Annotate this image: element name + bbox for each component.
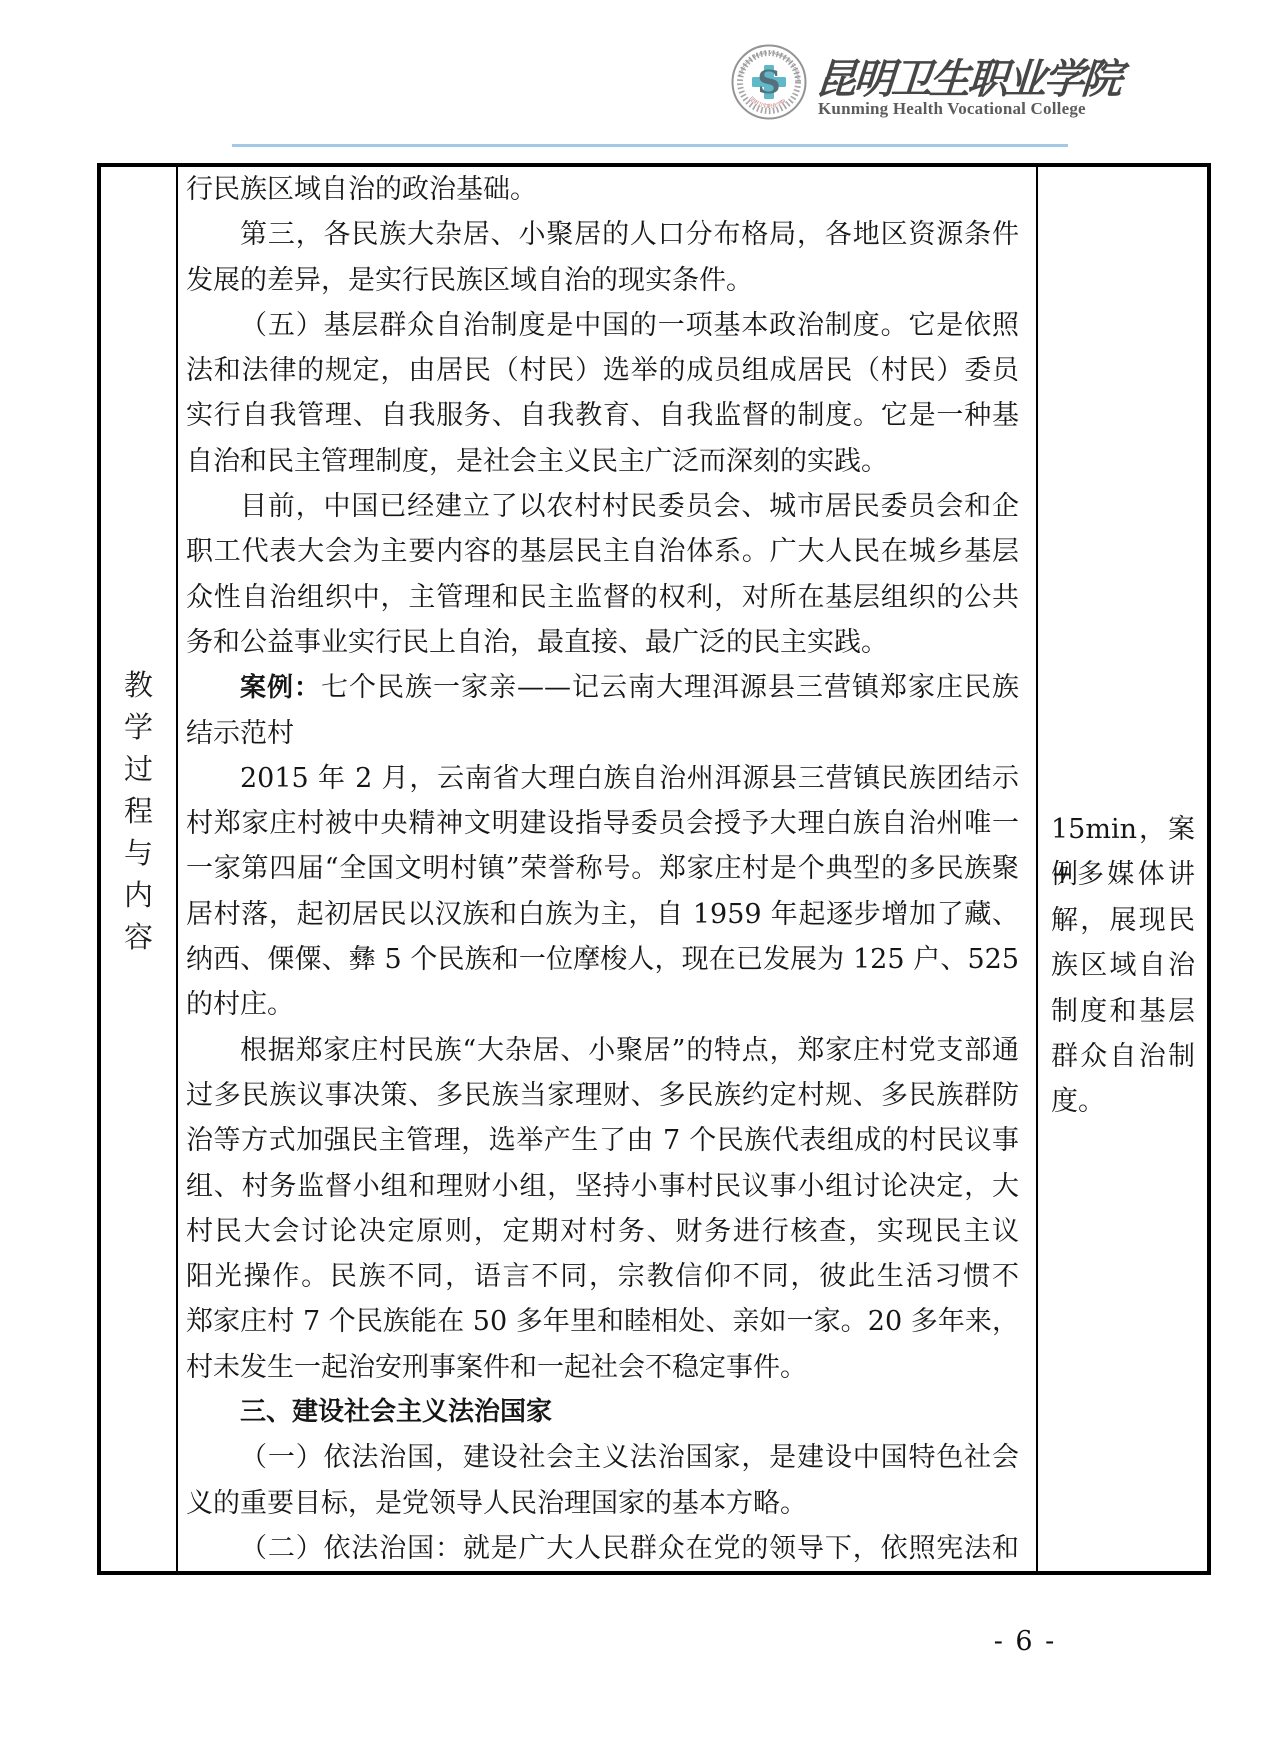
line-text: 第三，各民族大杂居、小聚居的人口分布格局，各地区资源条件和 — [186, 219, 1019, 257]
content-text-line: 发展的差异，是实行民族区域自治的现实条件。 — [186, 258, 1019, 303]
content-text-line: 务和公益事业实行民上自治，最直接、最广泛的民主实践。 — [186, 620, 1019, 665]
note-text-line: 度。 — [1051, 1079, 1195, 1124]
content-text-line: 根据郑家庄村民族“大杂居、小聚居”的特点，郑家庄村党支部通 — [186, 1028, 1019, 1073]
line-text: 2015 年 2 月，云南省大理白族自治州洱源县三营镇民族团结示范 — [186, 763, 1019, 801]
line-text: 村未发生一起治安刑事案件和一起社会不稳定事件。 — [186, 1352, 807, 1383]
line-text: 过多民族议事决策、多民族当家理财、多民族约定村规、多民族群防群 — [186, 1080, 1019, 1118]
note-text-line: 15min，案例 — [1051, 807, 1195, 852]
row-header-char: 程 — [101, 790, 176, 832]
content-text-line: （二）依法治国：就是广大人民群众在党的领导下，依照宪法和法 — [186, 1526, 1019, 1571]
content-text-line: 阳光操作。民族不同，语言不同，宗教信仰不同，彼此生活习惯不同， — [186, 1254, 1019, 1299]
line-text: （一）依法治国，建设社会主义法治国家，是建设中国特色社会主 — [186, 1442, 1019, 1480]
content-text-line: （一）依法治国，建设社会主义法治国家，是建设中国特色社会主 — [186, 1435, 1019, 1480]
note-text-line: 解，展现民 — [1051, 898, 1195, 943]
content-text-line: 村郑家庄村被中央精神文明建设指导委员会授予大理白族自治州唯一 — [186, 801, 1019, 846]
row-header-char: 教 — [101, 664, 176, 706]
row-header-char: 过 — [101, 748, 176, 790]
content-text-line: 郑家庄村 7 个民族能在 50 多年里和睦相处、亲如一家。20 多年来，全 — [186, 1299, 1019, 1344]
content-text-line: （五）基层群众自治制度是中国的一项基本政治制度。它是依照宪 — [186, 303, 1019, 348]
line-text: 职工代表大会为主要内容的基层民主自治体系。广大人民在城乡基层样 — [186, 536, 1019, 574]
header-divider-line — [232, 144, 1068, 147]
note-text-line: 族区域自治 — [1051, 943, 1195, 988]
content-text-line: 治等方式加强民主管理，选举产生了由 7 个民族代表组成的村民议事小 — [186, 1118, 1019, 1163]
line-text: 结示范村 — [186, 718, 294, 749]
content-text-line: 结示范村 — [186, 711, 1019, 756]
college-seal-logo: Kunming Health Vocational College S 昆明卫生… — [731, 44, 807, 120]
content-text-line: 2015 年 2 月，云南省大理白族自治州洱源县三营镇民族团结示范 — [186, 756, 1019, 801]
content-text-line: 三、建设社会主义法治国家 — [186, 1390, 1019, 1435]
bold-line-prefix: 案例： — [240, 673, 321, 703]
teaching-content-cell: 行民族区域自治的政治基础。 第三，各民族大杂居、小聚居的人口分布格局，各地区资源… — [178, 167, 1036, 1571]
time-and-method-notes-cell: 15min，案例 +多媒体讲 解，展现民 族区域自治 制度和基层 群众自治制 度… — [1036, 167, 1207, 1571]
content-text-line: 目前，中国已经建立了以农村村民委员会、城市居民委员会和企业 — [186, 484, 1019, 529]
note-text-line: 制度和基层 — [1051, 989, 1195, 1034]
line-text: （二）依法治国：就是广大人民群众在党的领导下，依照宪法和法 — [186, 1533, 1019, 1571]
line-text: 义的重要目标，是党领导人民治理国家的基本方略。 — [186, 1488, 807, 1519]
line-text: 自治和民主管理制度，是社会主义民主广泛而深刻的实践。 — [186, 446, 888, 477]
content-text-line: 村民大会讨论决定原则，定期对村务、财务进行核查，实现民主议事， — [186, 1209, 1019, 1254]
line-text: 郑家庄村 7 个民族能在 50 多年里和睦相处、亲如一家。20 多年来，全 — [186, 1306, 1019, 1344]
line-text: 村郑家庄村被中央精神文明建设指导委员会授予大理白族自治州唯一 — [186, 808, 1019, 839]
seal-dragon-s-mark: S — [757, 63, 780, 101]
document-page: Kunming Health Vocational College S 昆明卫生… — [0, 0, 1271, 1763]
line-text: 三、建设社会主义法治国家 — [240, 1397, 552, 1427]
content-text-line: 自治和民主管理制度，是社会主义民主广泛而深刻的实践。 — [186, 439, 1019, 484]
row-header-char: 容 — [101, 916, 176, 958]
line-text: 行民族区域自治的政治基础。 — [186, 174, 537, 205]
line-text: 众性自治组织中，主管理和民主监督的权利，对所在基层组织的公共事 — [186, 582, 1019, 620]
content-text-line: 组、村务监督小组和理财小组，坚持小事村民议事小组讨论决定，大事 — [186, 1164, 1019, 1209]
page-number: - 6 - — [940, 1626, 1110, 1660]
line-text: 村民大会讨论决定原则，定期对村务、财务进行核查，实现民主议事， — [186, 1216, 1019, 1254]
row-header-char: 与 — [101, 832, 176, 874]
line-text: 治等方式加强民主管理，选举产生了由 7 个民族代表组成的村民议事小 — [186, 1125, 1019, 1163]
line-text: 阳光操作。民族不同，语言不同，宗教信仰不同，彼此生活习惯不同， — [186, 1261, 1019, 1299]
content-text-line: 过多民族议事决策、多民族当家理财、多民族约定村规、多民族群防群 — [186, 1073, 1019, 1118]
line-text: 目前，中国已经建立了以农村村民委员会、城市居民委员会和企业 — [186, 491, 1019, 529]
content-text-line: 村未发生一起治安刑事案件和一起社会不稳定事件。 — [186, 1345, 1019, 1390]
content-text-line: 实行自我管理、自我服务、自我教育、自我监督的制度。它是一种基层 — [186, 393, 1019, 438]
content-text-line: 第三，各民族大杂居、小聚居的人口分布格局，各地区资源条件和 — [186, 212, 1019, 257]
row-header-cell-teaching-process: 教 学 过 程 与 内 容 — [101, 167, 178, 1571]
page-header: Kunming Health Vocational College S 昆明卫生… — [0, 0, 1271, 160]
content-text-line: 案例：七个民族一家亲——记云南大理洱源县三营镇郑家庄民族团 — [186, 665, 1019, 710]
line-text: 实行自我管理、自我服务、自我教育、自我监督的制度。它是一种基层 — [186, 400, 1019, 438]
content-text-line: 法和法律的规定，由居民（村民）选举的成员组成居民（村民）委员会， — [186, 348, 1019, 393]
line-text: 法和法律的规定，由居民（村民）选举的成员组成居民（村民）委员会， — [186, 355, 1019, 393]
line-text: 发展的差异，是实行民族区域自治的现实条件。 — [186, 265, 753, 296]
line-text: 的村庄。 — [186, 989, 294, 1020]
row-header-char: 学 — [101, 706, 176, 748]
line-text: （五）基层群众自治制度是中国的一项基本政治制度。它是依照宪 — [186, 310, 1019, 348]
lesson-plan-table: 教 学 过 程 与 内 容 行民族区域自治的政治基础。 第三，各民族大杂居、小聚… — [97, 163, 1211, 1575]
line-text: 根据郑家庄村民族“大杂居、小聚居”的特点，郑家庄村党支部通 — [240, 1035, 1019, 1066]
line-text: 务和公益事业实行民上自治，最直接、最广泛的民主实践。 — [186, 627, 888, 658]
note-text-line: +多媒体讲 — [1051, 852, 1195, 897]
row-header-char: 内 — [101, 874, 176, 916]
line-text: 纳西、傈僳、彝 5 个民族和一位摩梭人，现在已发展为 125 户、525 人 — [186, 944, 1019, 982]
content-text-line: 义的重要目标，是党领导人民治理国家的基本方略。 — [186, 1481, 1019, 1526]
content-text-line: 居村落，起初居民以汉族和白族为主，自 1959 年起逐步增加了藏、傣、 — [186, 892, 1019, 937]
line-text: 一家第四届“全国文明村镇”荣誉称号。郑家庄村是个典型的多民族聚 — [186, 853, 1019, 884]
content-text-line: 的村庄。 — [186, 982, 1019, 1027]
note-text-line: 群众自治制 — [1051, 1034, 1195, 1079]
line-text: 组、村务监督小组和理财小组，坚持小事村民议事小组讨论决定，大事 — [186, 1171, 1019, 1209]
college-name-english: Kunming Health Vocational College — [818, 99, 1088, 119]
line-text: 居村落，起初居民以汉族和白族为主，自 1959 年起逐步增加了藏、傣、 — [186, 899, 1019, 937]
content-text-line: 一家第四届“全国文明村镇”荣誉称号。郑家庄村是个典型的多民族聚 — [186, 846, 1019, 891]
content-text-line: 纳西、傈僳、彝 5 个民族和一位摩梭人，现在已发展为 125 户、525 人 — [186, 937, 1019, 982]
content-text-line: 职工代表大会为主要内容的基层民主自治体系。广大人民在城乡基层样 — [186, 529, 1019, 574]
college-name-calligraphy: 昆明卫生职业学院 — [814, 46, 1089, 96]
content-text-line: 众性自治组织中，主管理和民主监督的权利，对所在基层组织的公共事 — [186, 575, 1019, 620]
content-text-line: 行民族区域自治的政治基础。 — [186, 167, 1019, 212]
